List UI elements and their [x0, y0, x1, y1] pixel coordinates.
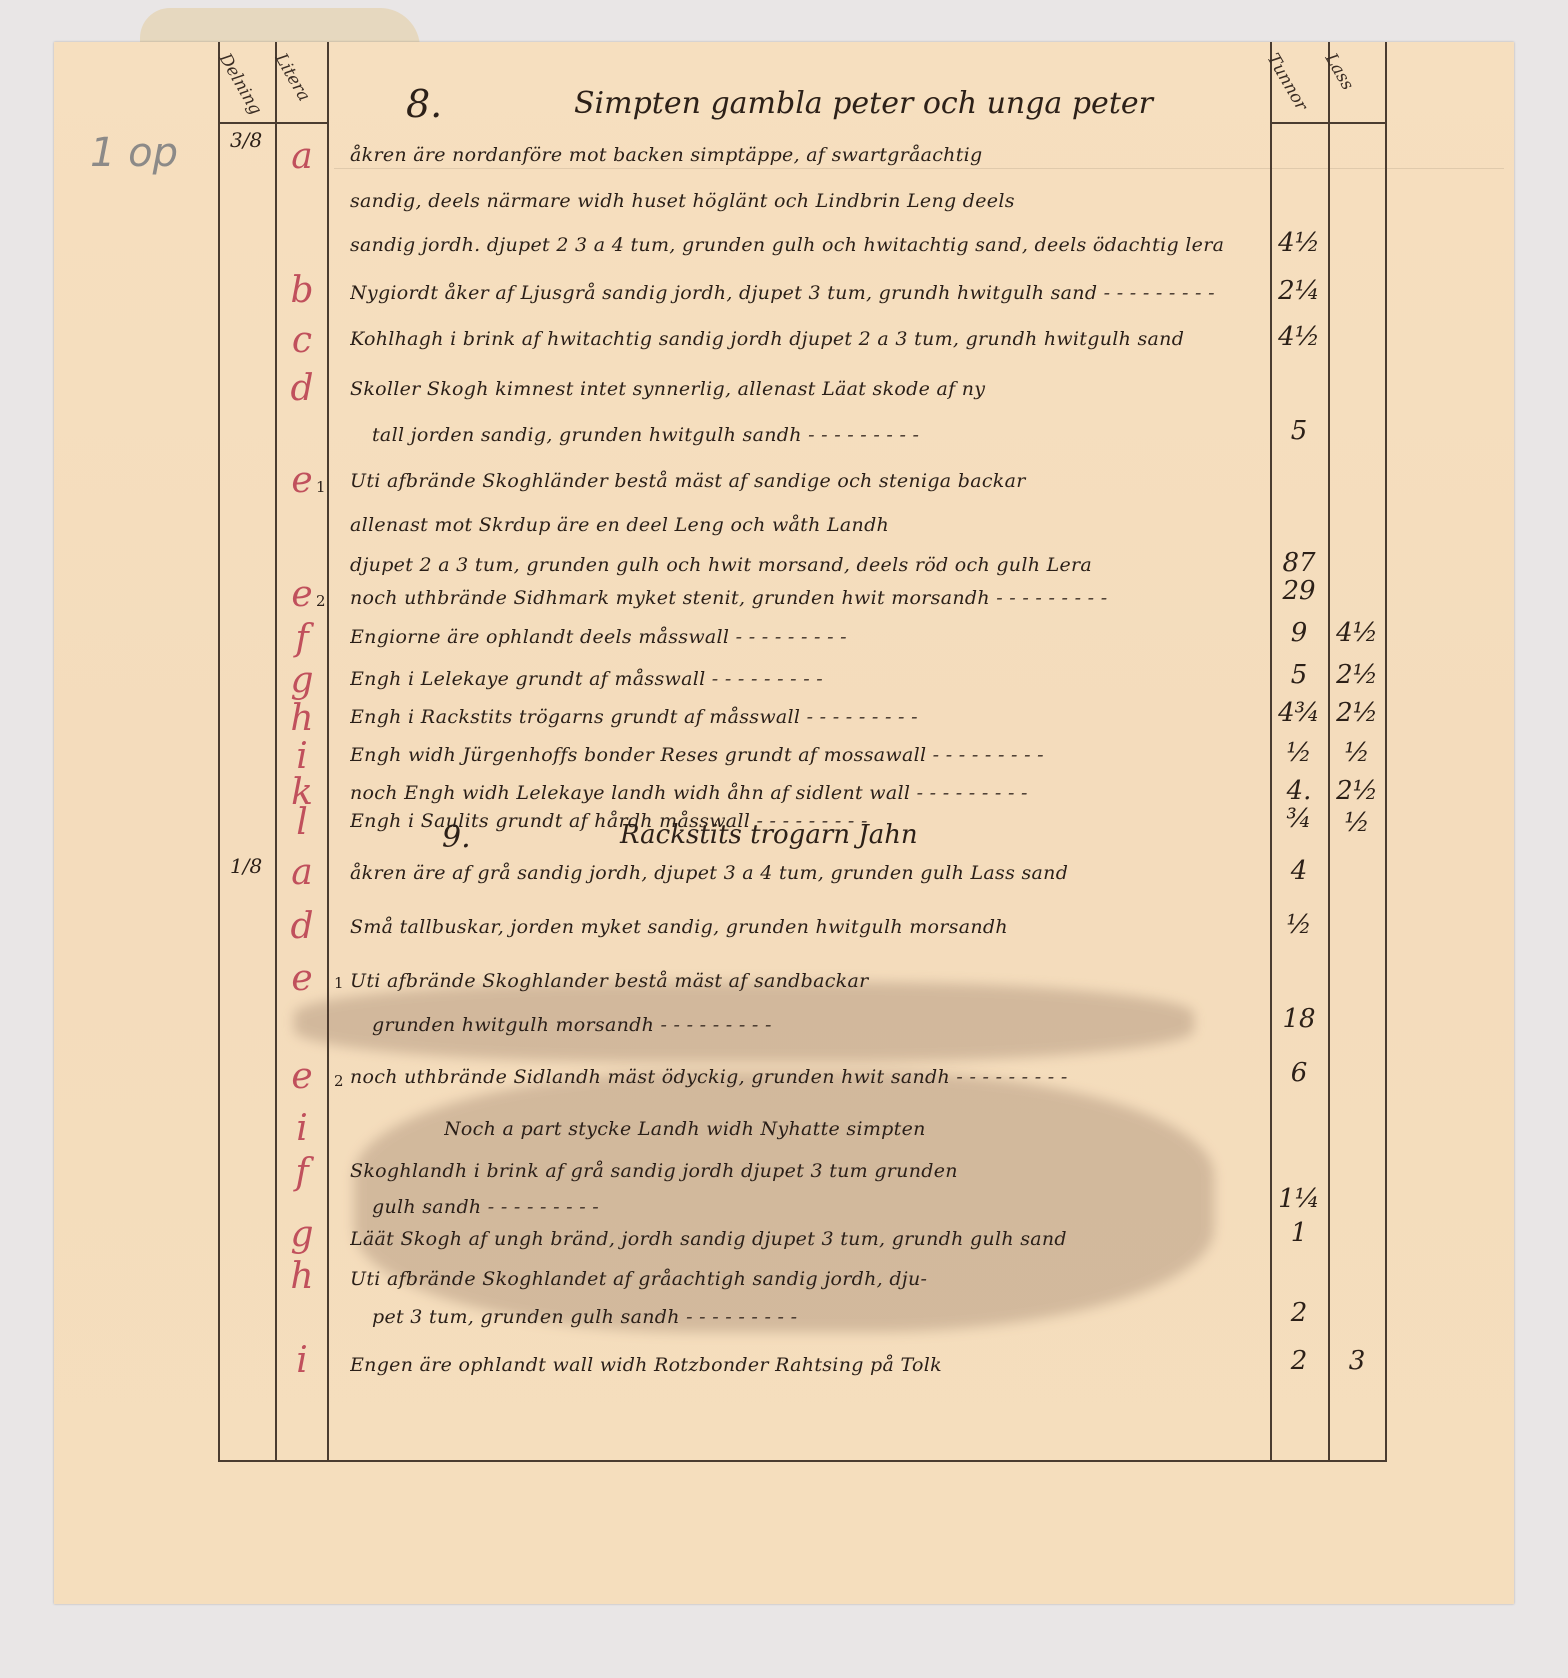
row-letter: a — [276, 852, 328, 893]
header-divider-left — [218, 122, 328, 124]
tunnor-value: 2 — [1272, 1298, 1326, 1328]
row-letter: e — [276, 1056, 328, 1097]
tunnor-value: 18 — [1272, 1004, 1326, 1034]
row-text: Uti afbrände Skoghländer bestå mäst af s… — [350, 470, 1260, 492]
table-bottom-border — [218, 1460, 1386, 1462]
row-letter: b — [276, 270, 328, 311]
lass-value: ½ — [1330, 738, 1384, 768]
sub-number: 1 — [334, 974, 344, 992]
row-text: noch uthbrände Sidhmark myket stenit, gr… — [350, 587, 1260, 609]
lass-value: 2½ — [1330, 776, 1384, 806]
row-letter: i — [276, 1340, 328, 1381]
sub-number: 1 — [316, 478, 326, 496]
row-text: noch Engh widh Lelekaye landh widh åhn a… — [350, 782, 1260, 804]
column-header-lass: Lass — [1321, 50, 1358, 94]
row-text: Uti afbrände Skoghlander bestå mäst af s… — [350, 970, 1260, 992]
row-text: allenast mot Skrdup äre en deel Leng och… — [350, 514, 1260, 536]
division-fraction: 3/8 — [230, 128, 262, 152]
row-text: Engiorne äre ophlandt deels måsswall — [350, 626, 1260, 648]
tunnor-value: ½ — [1272, 910, 1326, 940]
lass-value: 2½ — [1330, 698, 1384, 728]
header-divider-right — [1270, 122, 1386, 124]
row-text: Engen äre ophlandt wall widh Rotzbonder … — [350, 1354, 1260, 1376]
row-text: Nygiordt åker af Ljusgrå sandig jordh, d… — [350, 282, 1260, 304]
tunnor-value: 5 — [1272, 660, 1326, 690]
row-text: sandig, deels närmare widh huset höglänt… — [350, 190, 1260, 212]
row-letter: c — [276, 320, 328, 361]
column-header-litera: Litera — [271, 50, 314, 105]
tunnor-value: 6 — [1272, 1058, 1326, 1088]
tunnor-value: ½ — [1272, 738, 1326, 768]
row-text: Noch a part stycke Landh widh Nyhatte si… — [444, 1118, 1354, 1140]
row-text: Skoller Skogh kimnest intet synnerlig, a… — [350, 378, 1260, 400]
row-letter: d — [276, 906, 328, 947]
tunnor-value: 87 — [1272, 548, 1326, 578]
row-text: pet 3 tum, grunden gulh sandh — [372, 1306, 1282, 1328]
row-letter: h — [276, 698, 328, 739]
row-text: sandig jordh. djupet 2 3 a 4 tum, grunde… — [350, 234, 1260, 256]
tunnor-value: 4¾ — [1272, 698, 1326, 728]
row-text: djupet 2 a 3 tum, grunden gulh och hwit … — [350, 554, 1260, 576]
row-text: Små tallbuskar, jorden myket sandig, gru… — [350, 916, 1260, 938]
row-text: Engh i Rackstits trögarns grundt af måss… — [350, 706, 1260, 728]
table-left-border — [218, 42, 220, 1461]
tunnor-value: 29 — [1272, 576, 1326, 606]
section-number: 8. — [406, 82, 442, 126]
tunnor-value: 5 — [1272, 416, 1326, 446]
tunnor-value: 4 — [1272, 856, 1326, 886]
row-text: åkren äre af grå sandig jordh, djupet 3 … — [350, 862, 1260, 884]
tunnor-value: 1¼ — [1272, 1184, 1326, 1214]
lass-value: 2½ — [1330, 660, 1384, 690]
tunnor-value: 1 — [1272, 1218, 1326, 1248]
row-text: Engh i Lelekaye grundt af måsswall — [350, 668, 1260, 690]
row-letter: d — [276, 368, 328, 409]
row-text: Läät Skogh af ungh bränd, jordh sandig d… — [350, 1228, 1260, 1250]
lass-value: 3 — [1330, 1346, 1384, 1376]
tunnor-value: 2 — [1272, 1346, 1326, 1376]
row-text: grunden hwitgulh morsandh — [372, 1014, 1282, 1036]
row-text: åkren äre nordanföre mot backen simptäpp… — [350, 144, 1260, 166]
row-letter: g — [276, 1214, 328, 1255]
row-letter: a — [276, 136, 328, 177]
row-letter: e — [276, 958, 328, 999]
table-right-border — [1385, 42, 1387, 1462]
tunnor-value: 2¼ — [1272, 276, 1326, 306]
row-letter: f — [276, 1152, 328, 1193]
tunnor-value: 4½ — [1272, 228, 1326, 258]
row-text: Kohlhagh i brink af hwitachtig sandig jo… — [350, 328, 1260, 350]
row-letter: g — [276, 660, 328, 701]
sub-number: 2 — [316, 592, 326, 610]
lass-value: ½ — [1330, 808, 1384, 838]
tunnor-value: 4. — [1272, 776, 1326, 806]
tunnor-value: 9 — [1272, 618, 1326, 648]
row-letter: h — [276, 1256, 328, 1297]
tunnor-value: 4½ — [1272, 322, 1326, 352]
row-letter: i — [276, 736, 328, 777]
document-page: 1 op Delning Litera Tunnor Lass 8. Simpt… — [54, 42, 1514, 1604]
row-text: Engh widh Jürgenhoffs bonder Reses grund… — [350, 744, 1260, 766]
row-text: tall jorden sandig, grunden hwitgulh san… — [372, 424, 1282, 446]
sub-number: 2 — [334, 1072, 344, 1090]
column-header-delning: Delning — [215, 50, 266, 118]
tunnor-value: ¾ — [1272, 804, 1326, 834]
margin-note: 1 op — [90, 130, 178, 176]
row-text: noch uthbrände Sidlandh mäst ödyckig, gr… — [350, 1066, 1260, 1088]
division-fraction: 1/8 — [230, 854, 262, 878]
section-title: Simpten gambla peter och unga peter — [574, 86, 1153, 121]
row-letter: i — [276, 1108, 328, 1149]
lass-value: 4½ — [1330, 618, 1384, 648]
row-text: Uti afbrände Skoghlandet af gråachtigh s… — [350, 1268, 1260, 1290]
row-text: Skoghlandh i brink af grå sandig jordh d… — [350, 1160, 1260, 1182]
row-letter: f — [276, 618, 328, 659]
section-number: 9. — [442, 820, 471, 855]
row-letter: l — [276, 802, 328, 843]
row-text: gulh sandh — [372, 1196, 1282, 1218]
section-title: Rackstits trogarn Jahn — [620, 820, 918, 850]
